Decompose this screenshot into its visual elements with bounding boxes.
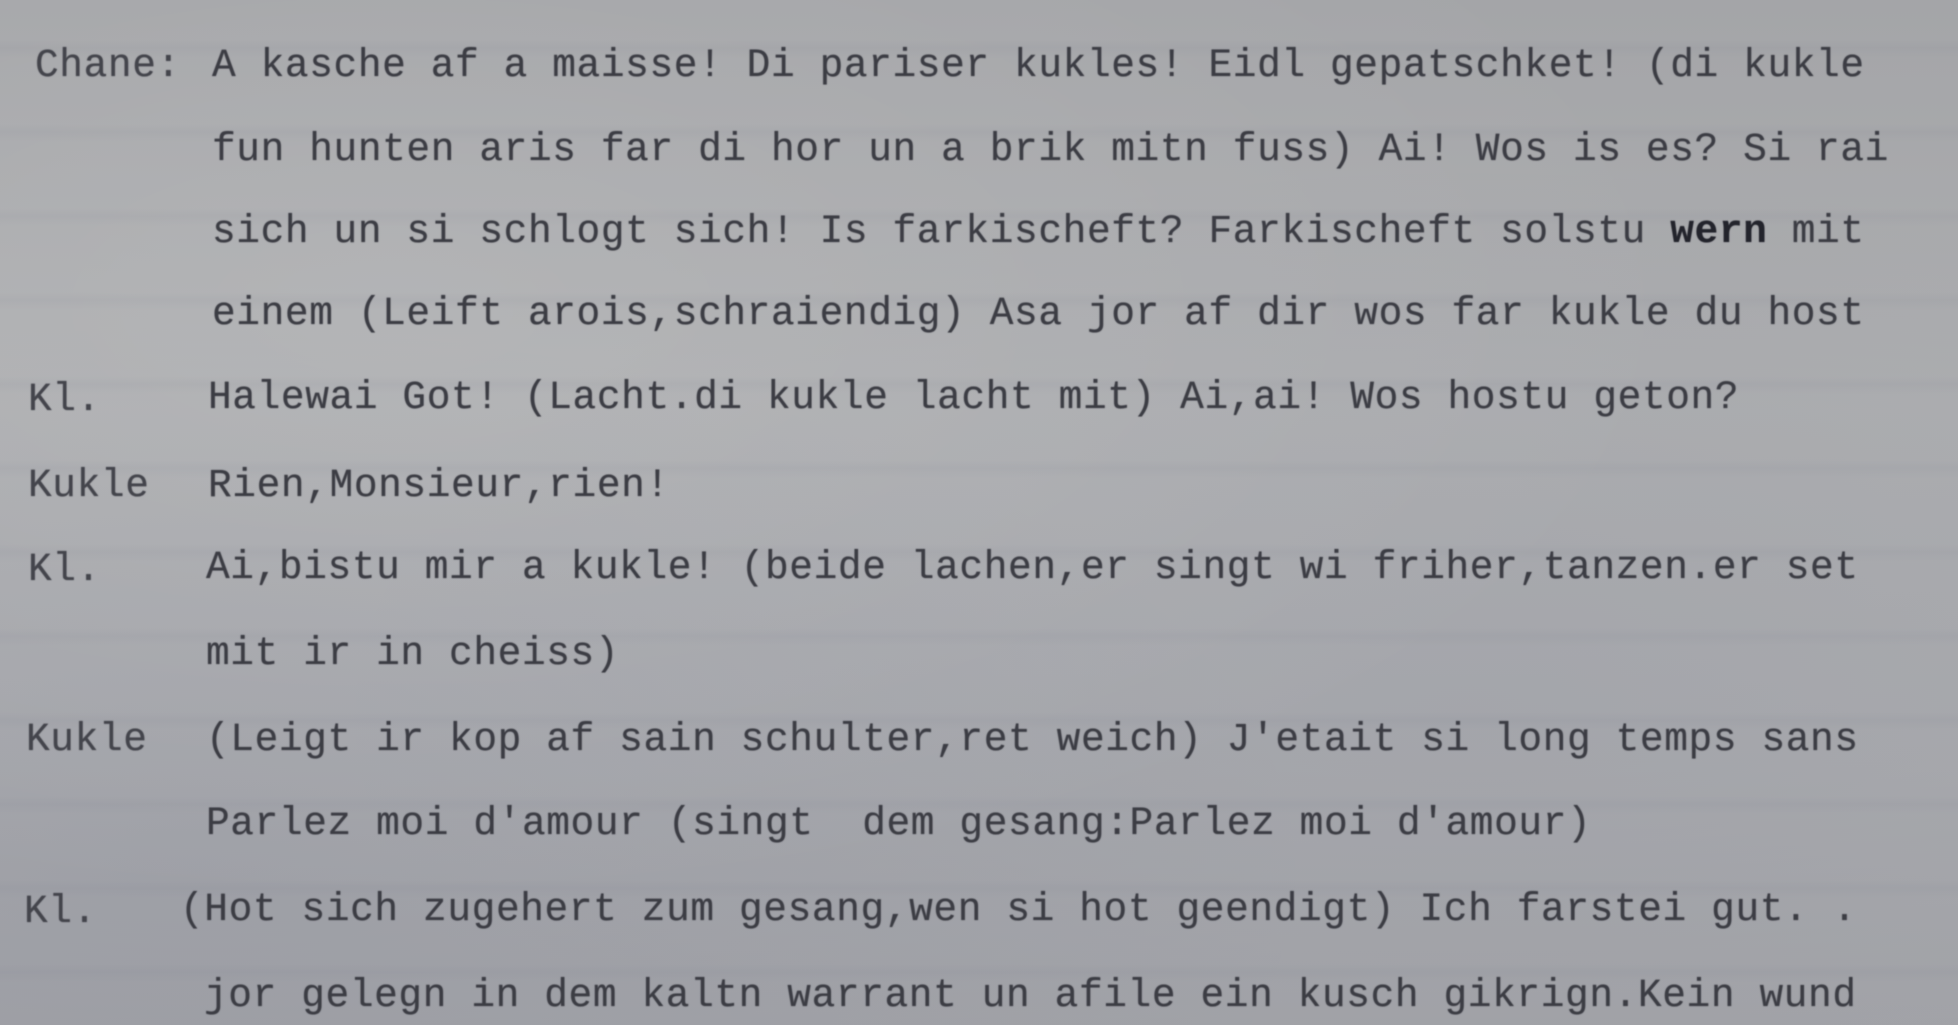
script-line: sich un si schlogt sich! Is farkischeft?… [212,208,1865,256]
script-text: mit [1767,209,1864,254]
script-line: Halewai Got! (Lacht.di kukle lacht mit) … [208,374,1739,422]
speaker-label: Kukle [28,462,150,510]
script-line: jor gelegn in dem kaltn warrant un afile… [204,972,1857,1020]
script-line: Rien,Monsieur,rien! [208,462,670,510]
script-text: sich un si schlogt sich! Is farkischeft?… [212,209,1670,254]
script-line: mit ir in cheiss) [206,630,619,678]
script-line: (Hot sich zugehert zum gesang,wen si hot… [180,886,1857,934]
speaker-label: Chane: [35,42,181,90]
script-line: Ai,bistu mir a kukle! (beide lachen,er s… [206,544,1859,592]
script-line: einem (Leift arois,schraiendig) Asa jor … [212,290,1865,338]
script-line: A kasche af a maisse! Di pariser kukles!… [212,42,1865,90]
script-line: fun hunten aris far di hor un a brik mit… [212,126,1889,174]
overtyped-word: wern [1670,209,1767,254]
script-line: (Leigt ir kop af sain schulter,ret weich… [206,716,1859,764]
speaker-label: Kl. [28,546,101,594]
speaker-label: Kl. [24,888,97,936]
script-line: Parlez moi d'amour (singt dem gesang:Par… [206,800,1591,848]
speaker-label: Kl. [28,376,101,424]
speaker-label: Kukle [26,716,148,764]
